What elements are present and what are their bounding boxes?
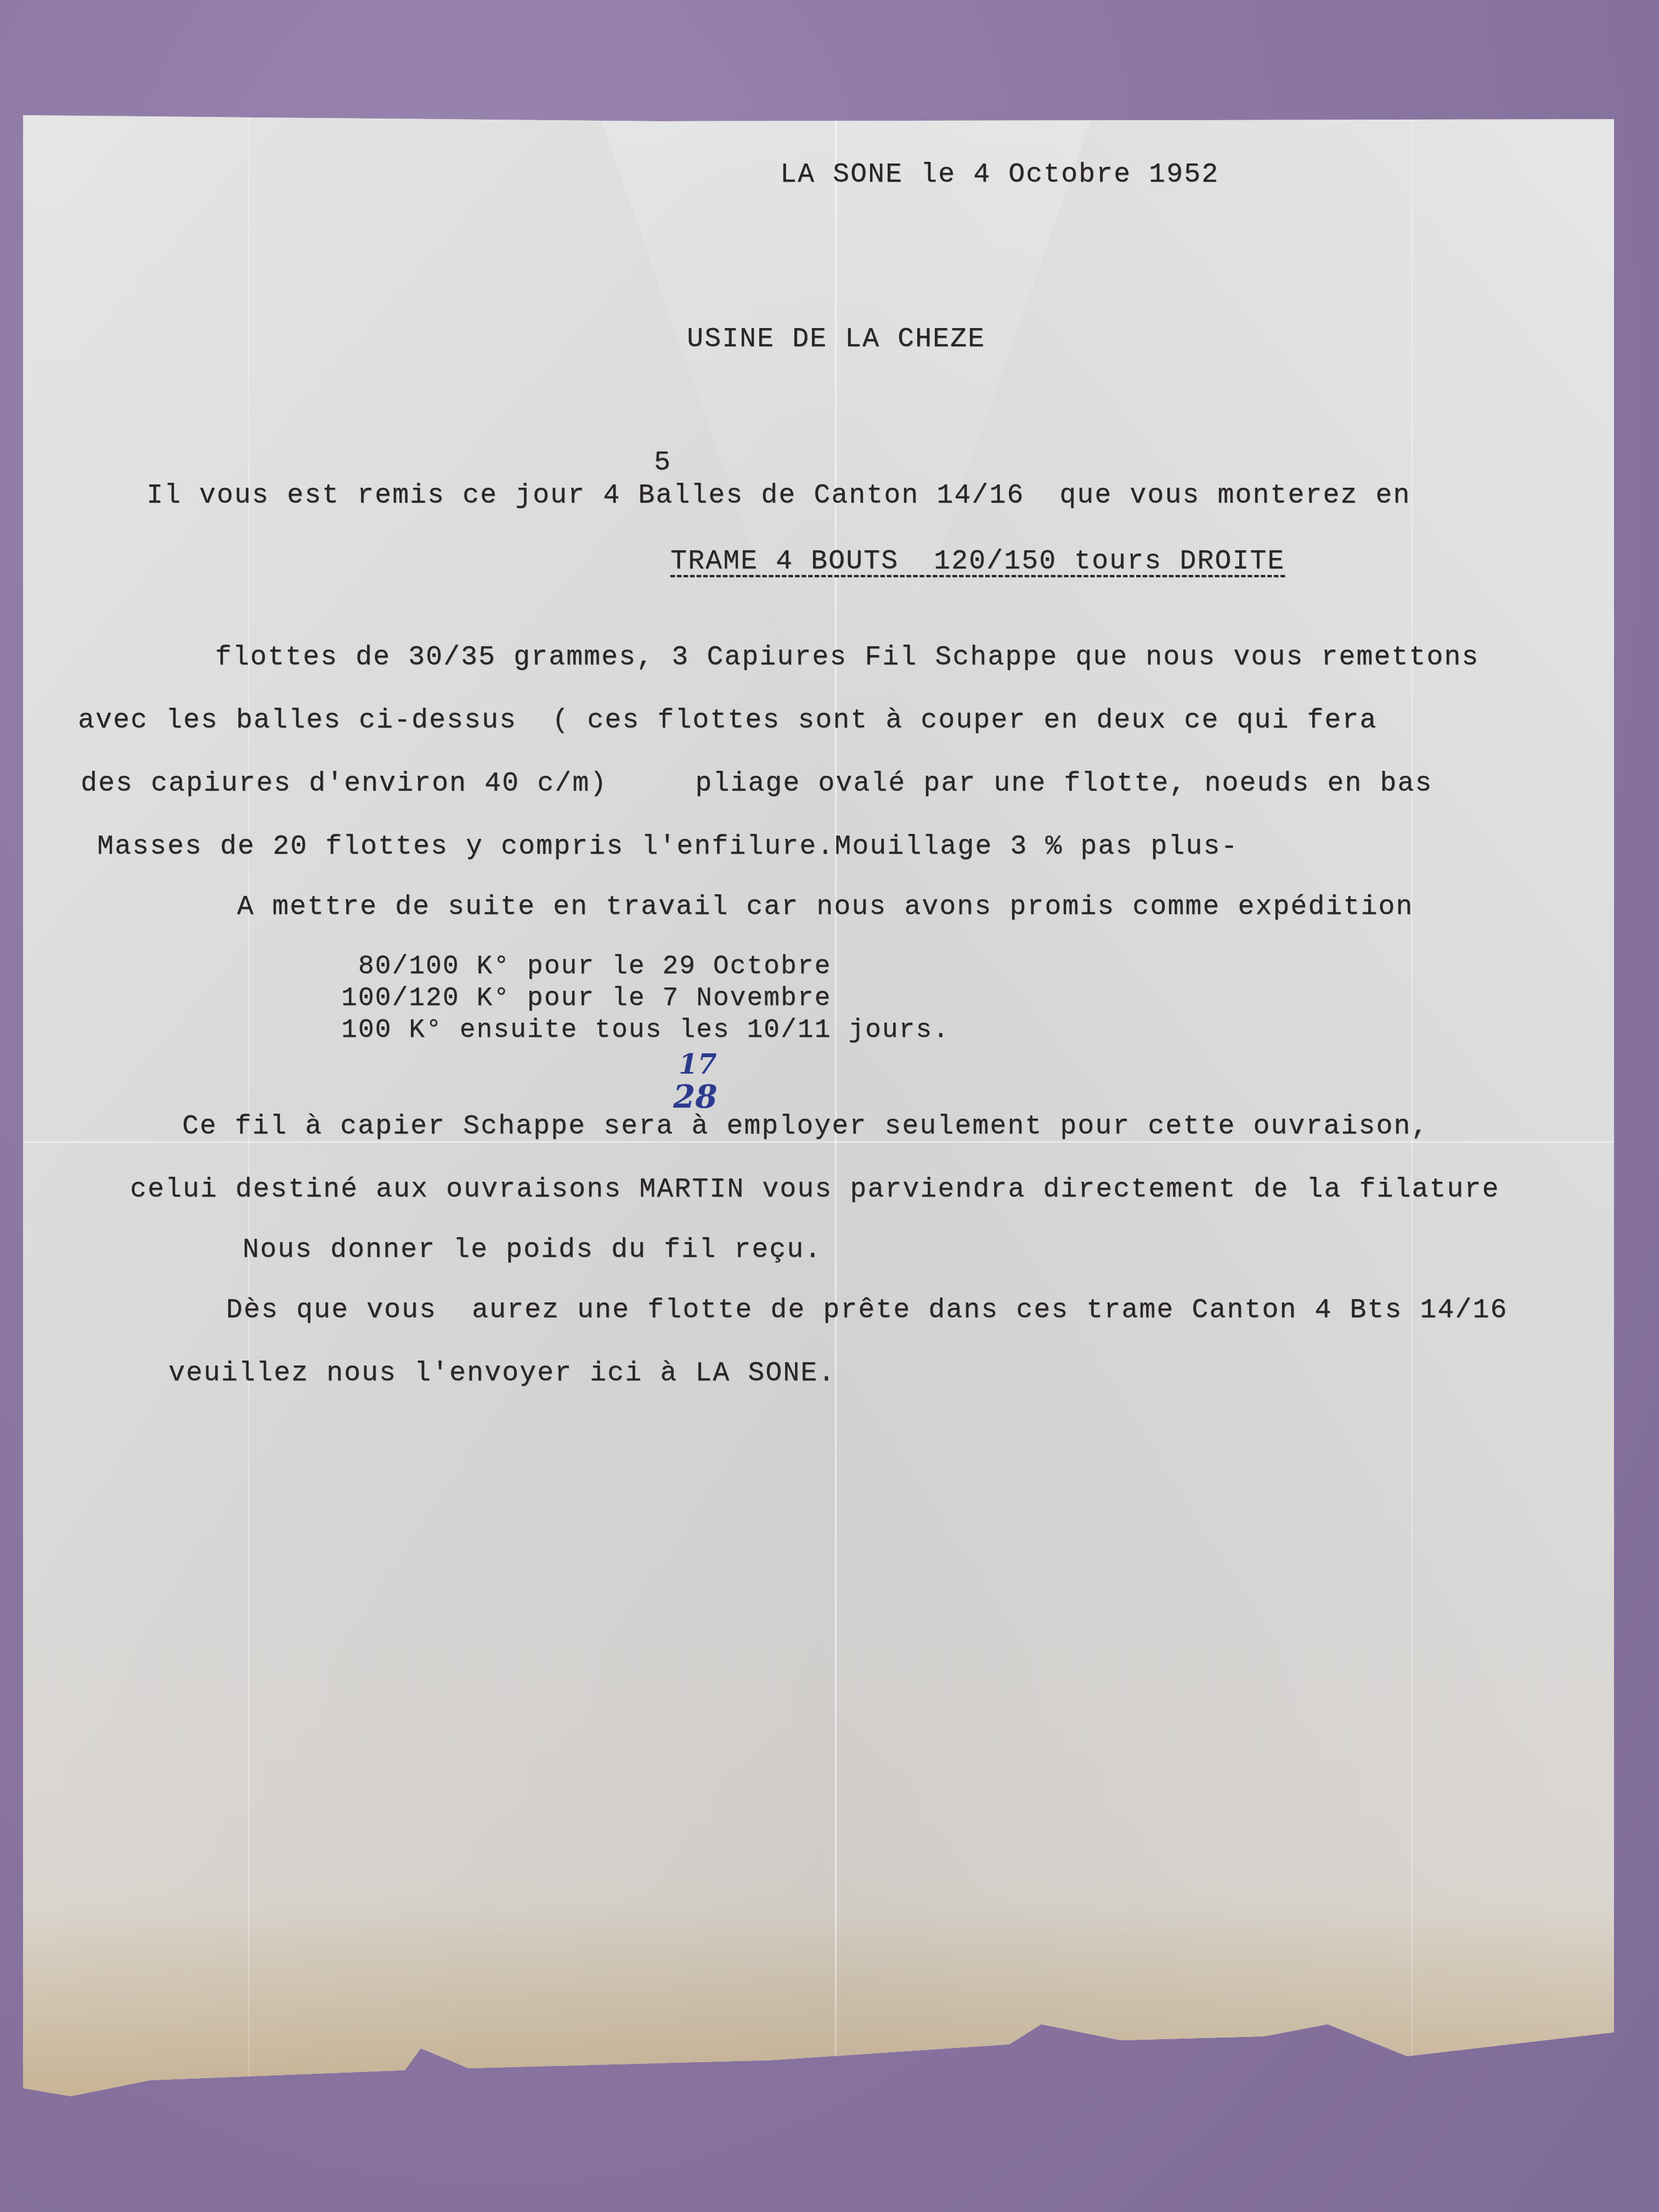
trame-specification: TRAME 4 BOUTS 120/150 tours DROITE xyxy=(670,546,1285,577)
paragraph-line: veuillez nous l'envoyer ici à LA SONE. xyxy=(168,1358,836,1389)
paragraph-line: celui destiné aux ouvraisons MARTIN vous… xyxy=(130,1174,1499,1205)
handwritten-note-bottom: 28 xyxy=(673,1078,718,1115)
handwritten-note-top: 17 xyxy=(679,1048,717,1080)
paragraph-line: avec les balles ci-dessus ( ces flottes … xyxy=(78,705,1377,736)
schedule-line: 80/100 K° pour le 29 Octobre xyxy=(341,952,831,981)
paragraph-line: Ce fil à capier Schappe sera à employer … xyxy=(182,1111,1429,1142)
schedule-line: 100 K° ensuite tous les 10/11 jours. xyxy=(341,1015,950,1045)
paragraph-line: Dès que vous aurez une flotte de prête d… xyxy=(226,1295,1508,1326)
paragraph-line: A mettre de suite en travail car nous av… xyxy=(237,891,1413,923)
paper-stain xyxy=(23,1904,1614,2112)
paragraph-line: Masses de 20 flottes y compris l'enfilur… xyxy=(97,831,1238,862)
paragraph-line: Nous donner le poids du fil reçu. xyxy=(242,1234,822,1266)
handwritten-correction: 5 xyxy=(654,447,672,478)
paragraph-line: Il vous est remis ce jour 4 Balles de Ca… xyxy=(146,480,1410,511)
paragraph-line: flottes de 30/35 grammes, 3 Capiures Fil… xyxy=(215,642,1479,673)
recipient-heading: USINE DE LA CHEZE xyxy=(687,324,985,355)
place-date: LA SONE le 4 Octobre 1952 xyxy=(780,159,1219,190)
paragraph-line: des capiures d'environ 40 c/m) pliage ov… xyxy=(81,768,1432,799)
schedule-line: 100/120 K° pour le 7 Novembre xyxy=(341,984,831,1013)
letter-sheet: LA SONE le 4 Octobre 1952 USINE DE LA CH… xyxy=(23,115,1614,2112)
